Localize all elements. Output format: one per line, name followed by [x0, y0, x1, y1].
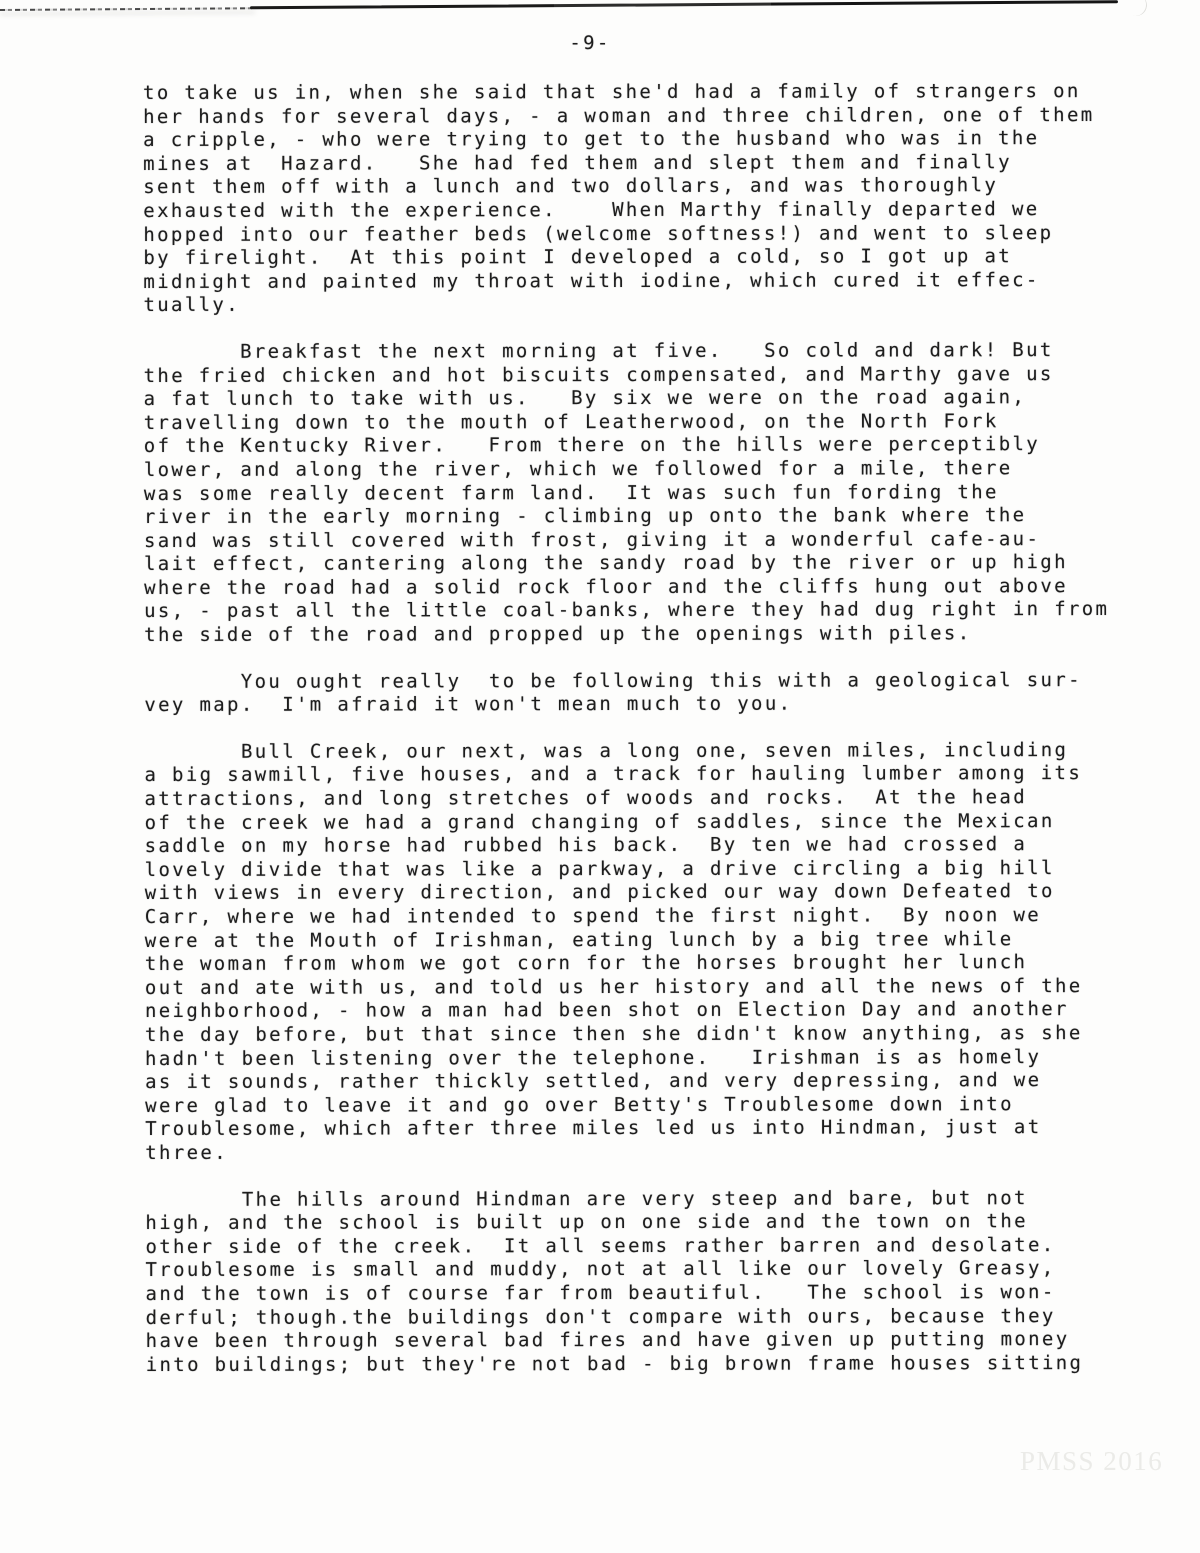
paragraph-5: The hills around Hindman are very steep …: [145, 1186, 1155, 1377]
scan-edge-artifact: [0, 0, 1118, 13]
paragraph-4: Bull Creek, our next, was a long one, se…: [144, 739, 1155, 1166]
pmss-watermark: PMSS 2016: [1020, 1446, 1163, 1477]
scan-edge-dashed-segment: [0, 7, 255, 11]
document-page: -9- to take us in, when she said that sh…: [0, 0, 1200, 1553]
letter-body: to take us in, when she said that she'd …: [143, 80, 1156, 1377]
pen-mark-artifact: [1121, 0, 1150, 19]
scan-edge-solid-segment: [250, 0, 1118, 9]
paragraph-3: You ought really to be following this wi…: [144, 669, 1154, 718]
page-number: -9-: [0, 32, 1180, 54]
paragraph-1: to take us in, when she said that she'd …: [143, 80, 1153, 318]
paragraph-2: Breakfast the next morning at five. So c…: [144, 339, 1155, 648]
